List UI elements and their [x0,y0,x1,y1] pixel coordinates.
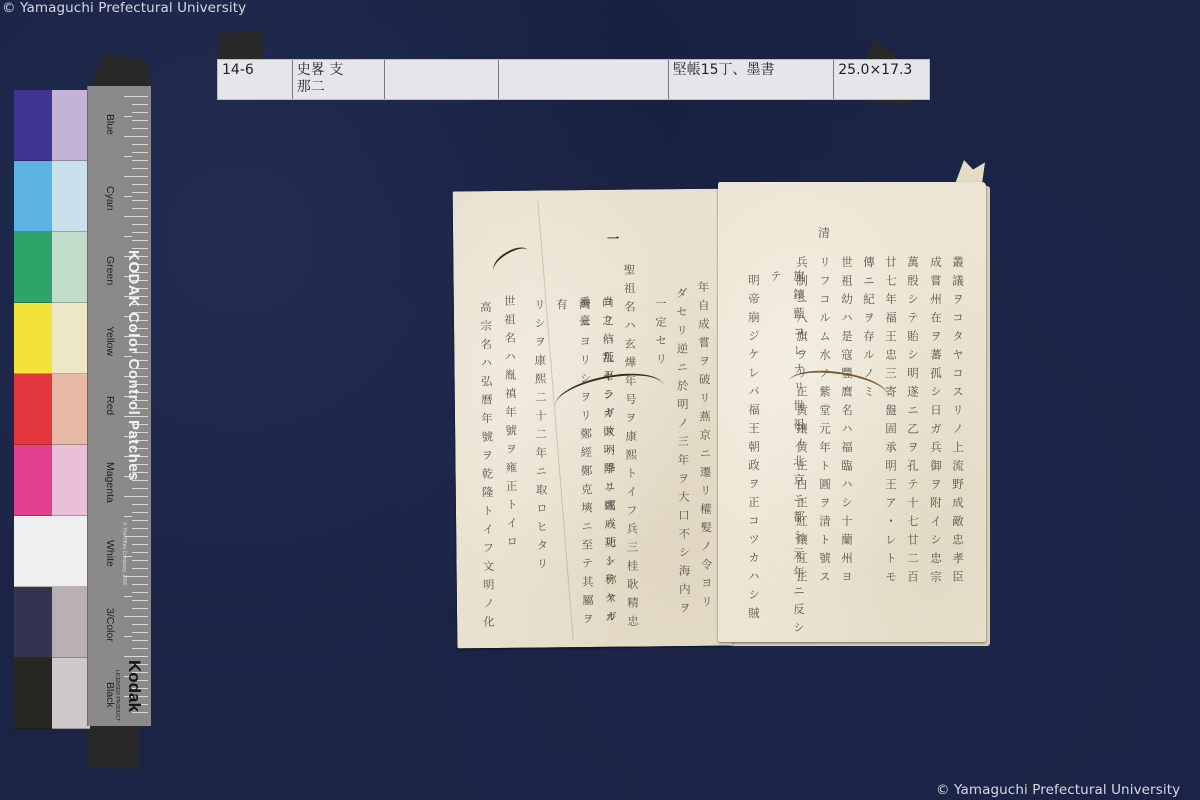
watermark-bottom: © Yamaguchi Prefectural University [936,782,1180,798]
label-cell-blank-2 [499,60,669,99]
right-col-10: 明帝崩ジケレバ福王朝政ヲ正コツカハシ賊 [742,274,765,626]
open-book: 一 年自成嘗ヲ破リ燕京ニ遷リ權髪ノ令ヨリ ダセリ逆ニ於明ノ三年ヲ大口不シ海内ヲ … [450,178,995,648]
kodak-licensed: LICENSED PRODUCT [114,670,120,721]
patch-label-blue: Blue [104,114,116,135]
patch-cyan-light [52,161,90,232]
catalog-label-table: 14-6 史畧 支 那二 堅帳15丁、墨書 25.0×17.3 [217,59,930,100]
patch-label-red: Red [104,396,116,415]
patch-red-light [52,374,90,445]
right-page: 清 叢議ヲコタヤコスリノ上流野成敵忠孝臣 成嘗州在ヲ蕃孤シ日ガ兵御ヲ附イシ忠宗 … [718,182,986,642]
left-col-7: 灣ニヨリシヲリ鄭經鄭克塽ニ至テ其屬ヲ有 [550,298,600,647]
right-col-4: 廿七年福王忠三寄盤固承明王ア・レトモ [879,256,902,589]
left-col-2: ダセリ逆ニ於明ノ三年ヲ大口不シ海内ヲ [670,287,696,620]
patch-magenta-dark [14,445,52,516]
right-col-3: 萬殷シテ貽シ明遂ニ乙ヲ孔テ十七廿二百 [901,256,924,589]
patch-yellow-light [52,303,90,374]
kodak-color-chart: Blue Cyan Green Yellow Red Magenta White… [14,90,154,730]
patch-label-yellow: Yellow [104,326,116,356]
patch-black-light [52,658,90,729]
right-col-9: 旗鑲藍コレナリ世祖ノ北京ニ都シ元年ニ反シテ [764,270,810,642]
right-col-6: 世祖幼ハ是寇豐麿名ハ福臨ハシ十蘭州ヨ [835,256,858,589]
patch-label-magenta: Magenta [104,462,116,503]
wormhole-trail [489,242,534,280]
chart-copyright: © The Tiffen Company, 2000 [121,522,127,585]
patch-red-dark [14,374,52,445]
patch-green-dark [14,232,52,303]
patch-magenta-light [52,445,90,516]
patch-3color-light [52,587,90,658]
left-col-10: 高宗名ハ弘曆年號ヲ乾隆トイフ文明ノ化 [474,301,500,634]
patch-label-3color: 3/Color [104,608,116,642]
label-cell-title: 史畧 支 那二 [293,60,385,99]
patch-3color-dark [14,587,52,658]
left-col-3: 一定セリ [649,297,673,371]
left-col-9: 世祖名ハ胤禛年號ヲ雍正トイロ [498,295,524,554]
label-cell-dimensions: 25.0×17.3 [834,60,929,99]
patch-label-green: Green [104,256,116,285]
patch-cyan-dark [14,161,52,232]
patch-green-light [52,232,90,303]
patch-label-white: White [104,540,116,567]
kodak-logo: Kodak [124,660,144,712]
patch-black-dark [14,658,52,729]
left-page-heading: 一 [607,230,619,247]
label-cell-format: 堅帳15丁、墨書 [669,60,835,99]
patch-yellow-dark [14,303,52,374]
patch-blue-dark [14,90,52,161]
patch-blue-light [52,90,90,161]
torn-corner [955,160,985,184]
label-cell-blank-1 [385,60,500,99]
right-page-heading: 清 [818,224,830,241]
watermark-top: © Yamaguchi Prefectural University [2,0,246,16]
chart-title: KODAK Color Control Patches [125,250,142,481]
left-col-8: リシヲ康熙二十二年ニ取ロヒタリ [528,298,554,576]
right-col-2: 成嘗州在ヲ蕃孤シ日ガ兵御ヲ附イシ忠宗 [924,256,947,589]
label-cell-id: 14-6 [218,60,293,99]
tape-label-left [218,30,264,60]
right-col-1: 叢議ヲコタヤコスリノ上流野成敵忠孝臣 [946,256,969,589]
right-col-7: リフコルム水ノ紫堂元年ト圓ヲ清ト號ス [813,256,836,589]
patch-label-cyan: Cyan [104,186,116,211]
left-page: 一 年自成嘗ヲ破リ燕京ニ遷リ權髪ノ令ヨリ ダセリ逆ニ於明ノ三年ヲ大口不シ海内ヲ … [453,189,733,649]
patch-column-light [52,90,90,729]
patch-column-dark [14,90,52,729]
